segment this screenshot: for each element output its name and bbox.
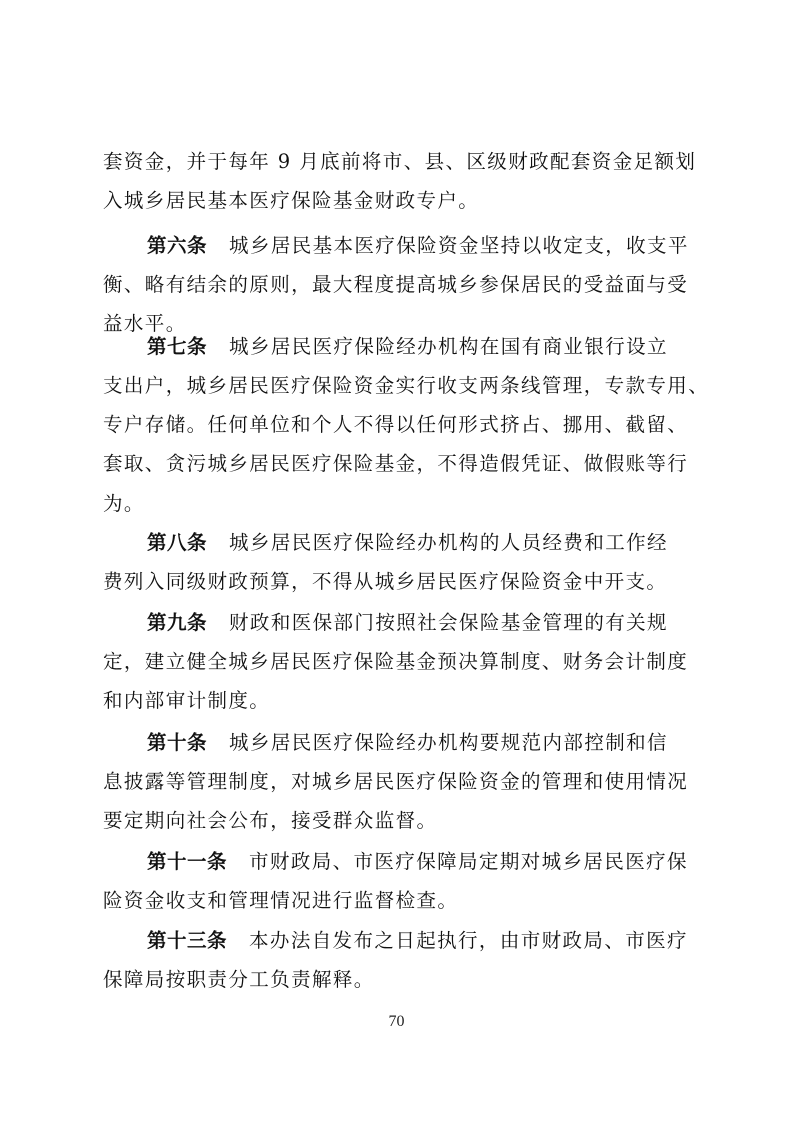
text-line: 险资金收支和管理情况进行监督检查。 (103, 889, 693, 913)
line-text: 益水平。 (103, 312, 187, 335)
line-text: 保障局按职责分工负责解释。 (103, 968, 375, 991)
text-line: 套资金，并于每年 9 月底前将市、县、区级财政配套资金足额划 (103, 150, 693, 174)
line-text: 入城乡居民基本医疗保险基金财政专户。 (103, 189, 479, 212)
line-text: 为。 (103, 492, 145, 515)
page-number: 70 (0, 1013, 793, 1031)
text-line: 和内部审计制度。 (103, 689, 693, 713)
article-heading: 第七条 (147, 335, 207, 358)
line-text: 要定期向社会公布，接受群众监督。 (103, 809, 437, 832)
line-text: 套取、贪污城乡居民医疗保险基金，不得造假凭证、做假账等行 (103, 452, 688, 475)
line-text: 专户存储。任何单位和个人不得以任何形式挤占、挪用、截留、 (103, 413, 688, 436)
line-text: 城乡居民医疗保险经办机构要规范内部控制和信 (229, 731, 668, 754)
article-first-line: 第十条城乡居民医疗保险经办机构要规范内部控制和信 (147, 731, 737, 755)
article-heading: 第十一条 (147, 850, 227, 873)
text-line: 息披露等管理制度，对城乡居民医疗保险资金的管理和使用情况 (103, 770, 693, 794)
text-line: 套取、贪污城乡居民医疗保险基金，不得造假凭证、做假账等行 (103, 452, 693, 476)
line-text: 城乡居民医疗保险经办机构在国有商业银行设立 (229, 335, 668, 358)
text-line: 入城乡居民基本医疗保险基金财政专户。 (103, 189, 693, 213)
line-text: 衡、略有结余的原则，最大程度提高城乡参保居民的受益面与受 (103, 273, 688, 296)
article-heading: 第十条 (147, 731, 207, 754)
line-text: 市财政局、市医疗保障局定期对城乡居民医疗保 (249, 850, 688, 873)
text-line: 定，建立健全城乡居民医疗保险基金预决算制度、财务会计制度 (103, 650, 693, 674)
text-line: 保障局按职责分工负责解释。 (103, 968, 693, 992)
article-first-line: 第八条城乡居民医疗保险经办机构的人员经费和工作经 (147, 531, 737, 555)
article-heading: 第十三条 (147, 929, 227, 952)
line-text: 和内部审计制度。 (103, 689, 270, 712)
article-first-line: 第六条城乡居民基本医疗保险资金坚持以收定支，收支平 (147, 234, 737, 258)
line-text: 套资金，并于每年 9 月底前将市、县、区级财政配套资金足额划 (103, 150, 696, 173)
article-heading: 第八条 (147, 531, 207, 554)
line-text: 险资金收支和管理情况进行监督检查。 (103, 889, 458, 912)
article-first-line: 第九条财政和医保部门按照社会保险基金管理的有关规 (147, 611, 737, 635)
text-line: 专户存储。任何单位和个人不得以任何形式挤占、挪用、截留、 (103, 413, 693, 437)
article-first-line: 第十三条本办法自发布之日起执行，由市财政局、市医疗 (147, 929, 737, 953)
text-line: 费列入同级财政预算，不得从城乡居民医疗保险资金中开支。 (103, 570, 693, 594)
line-text: 定，建立健全城乡居民医疗保险基金预决算制度、财务会计制度 (103, 650, 688, 673)
line-text: 城乡居民基本医疗保险资金坚持以收定支，收支平 (229, 234, 689, 257)
article-first-line: 第七条城乡居民医疗保险经办机构在国有商业银行设立 (147, 335, 737, 359)
text-line: 支出户，城乡居民医疗保险资金实行收支两条线管理，专款专用、 (103, 374, 693, 398)
article-first-line: 第十一条市财政局、市医疗保障局定期对城乡居民医疗保 (147, 850, 737, 874)
text-line: 为。 (103, 492, 693, 516)
text-line: 益水平。 (103, 312, 693, 336)
line-text: 费列入同级财政预算，不得从城乡居民医疗保险资金中开支。 (103, 570, 667, 593)
text-line: 要定期向社会公布，接受群众监督。 (103, 809, 693, 833)
document-page: 套资金，并于每年 9 月底前将市、县、区级财政配套资金足额划入城乡居民基本医疗保… (0, 0, 793, 1122)
line-text: 支出户，城乡居民医疗保险资金实行收支两条线管理，专款专用、 (103, 374, 709, 397)
article-heading: 第六条 (147, 234, 207, 257)
line-text: 城乡居民医疗保险经办机构的人员经费和工作经 (229, 531, 668, 554)
line-text: 本办法自发布之日起执行，由市财政局、市医疗 (249, 929, 688, 952)
article-heading: 第九条 (147, 611, 207, 634)
line-text: 息披露等管理制度，对城乡居民医疗保险资金的管理和使用情况 (103, 770, 688, 793)
text-line: 衡、略有结余的原则，最大程度提高城乡参保居民的受益面与受 (103, 273, 693, 297)
line-text: 财政和医保部门按照社会保险基金管理的有关规 (229, 611, 668, 634)
